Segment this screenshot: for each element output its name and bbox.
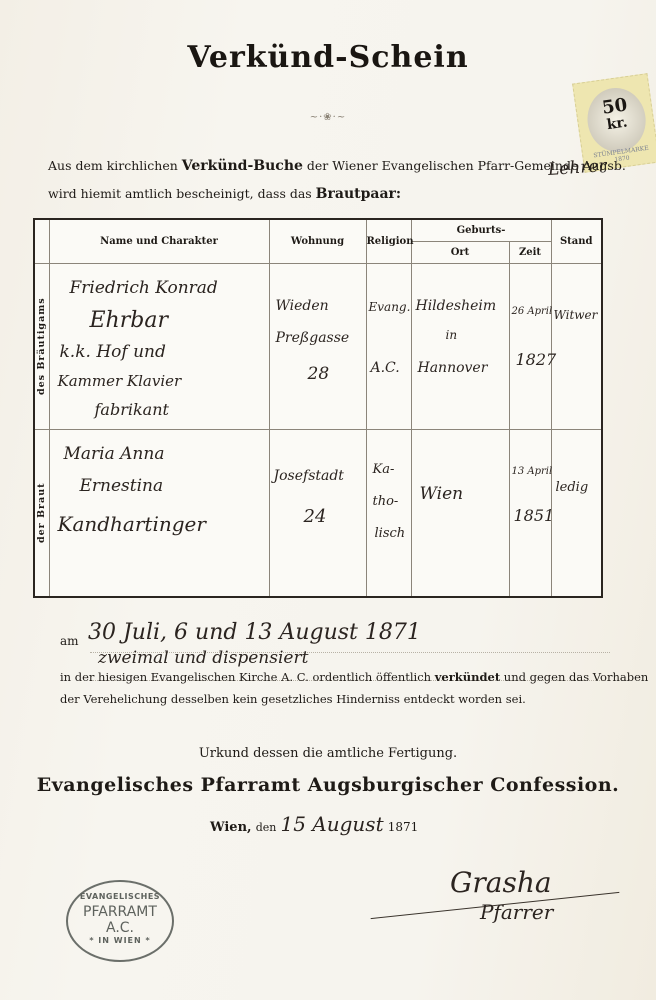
signature-name: Grasha <box>450 866 552 899</box>
bride-wohnung-line: 24 <box>304 506 327 527</box>
groom-zeit-cell: 26 April 1827 <box>509 263 551 429</box>
register-table: Name und Charakter Wohnung Religion Gebu… <box>33 218 603 598</box>
body-line-1: in der hiesigen Evangelischen Kirche A. … <box>60 670 648 684</box>
groom-name-cell: Friedrich Konrad Ehrbar k.k. Hof und Kam… <box>49 263 269 429</box>
dates-prefix: am <box>60 634 79 648</box>
groom-wohnung-line: Preßgasse <box>276 330 350 346</box>
groom-stand-cell: Witwer <box>551 263 602 429</box>
groom-religion-cell: Evang. A.C. <box>366 263 411 429</box>
groom-ort-cell: Hildesheim in Hannover <box>411 263 509 429</box>
side-label-bride: der Braut <box>34 429 49 597</box>
proclamation-note: zweimal und dispensiert <box>98 648 308 668</box>
body-bold: verkündet <box>435 670 500 684</box>
seal-bottom-text: * IN WIEN * <box>68 936 172 945</box>
fertigung-line: Urkund dessen die amtliche Fertigung. <box>0 746 656 761</box>
parish-seal: EVANGELISCHES PFARRAMT A.C. * IN WIEN * <box>66 880 174 962</box>
bride-name-line: Kandhartinger <box>58 512 206 536</box>
place-date-line: Wien, den 15 August 1871 <box>210 812 418 836</box>
table-row-groom: des Bräutigams Friedrich Konrad Ehrbar k… <box>34 263 602 429</box>
pfarramt-heading: Evangelisches Pfarramt Augsburgischer Co… <box>0 774 656 796</box>
handwritten-date: 15 August <box>280 812 383 836</box>
header-geburts: Geburts- <box>411 219 551 241</box>
body-line-2: der Verehelichung desselben kein gesetzl… <box>60 692 526 706</box>
groom-name-line: Ehrbar <box>90 308 168 333</box>
groom-name-line: k.k. Hof und <box>60 342 166 362</box>
groom-name-line: Friedrich Konrad <box>70 278 218 298</box>
header-religion: Religion <box>366 219 411 263</box>
bride-wohnung-cell: Josefstadt 24 <box>269 429 366 597</box>
bride-religion-line: Ka- <box>373 462 395 477</box>
header-stand: Stand <box>551 219 602 263</box>
bride-zeit-line: 1851 <box>514 506 555 525</box>
bride-wohnung-line: Josefstadt <box>274 468 344 484</box>
seal-top-text: EVANGELISCHES <box>68 892 172 901</box>
header-name: Name und Charakter <box>49 219 269 263</box>
body-text: in der hiesigen Evangelischen Kirche A. … <box>60 670 435 684</box>
seal-ac-text: A.C. <box>68 920 172 936</box>
bride-zeit-line: 13 April <box>512 466 553 477</box>
table-row-bride: der Braut Maria Anna Ernestina Kandharti… <box>34 429 602 597</box>
groom-religion-line: Evang. <box>369 300 411 314</box>
intro-text: der Wiener Evangelischen Pfarr-Gemeinde … <box>303 158 626 173</box>
intro-text: wird hiemit amtlich bescheinigt, dass da… <box>48 186 316 201</box>
place: Wien, <box>210 820 252 835</box>
bride-name-line: Ernestina <box>80 476 164 496</box>
proclamation-dates: 30 Juli, 6 und 13 August 1871 <box>88 620 421 645</box>
header-wohnung: Wohnung <box>269 219 366 263</box>
bride-stand: ledig <box>556 480 589 495</box>
seal-middle-text: PFARRAMT <box>68 904 172 920</box>
groom-wohnung-line: Wieden <box>276 298 329 314</box>
bride-religion-cell: Ka- tho- lisch <box>366 429 411 597</box>
side-label-groom: des Bräutigams <box>34 263 49 429</box>
intro-line-1: Aus dem kirchlichen Verkünd-Buche der Wi… <box>48 158 626 174</box>
den-label: den <box>256 821 277 834</box>
intro-bold: Brautpaar: <box>316 186 401 202</box>
bride-stand-cell: ledig <box>551 429 602 597</box>
groom-name-line: Kammer Klavier <box>58 372 182 390</box>
signature-title: Pfarrer <box>480 900 553 924</box>
groom-ort-line: Hildesheim <box>416 298 497 314</box>
bride-name-line: Maria Anna <box>64 444 165 464</box>
groom-wohnung-cell: Wieden Preßgasse 28 <box>269 263 366 429</box>
side-header-blank <box>34 219 49 263</box>
date-year: 1871 <box>388 820 419 834</box>
bride-name-cell: Maria Anna Ernestina Kandhartinger <box>49 429 269 597</box>
groom-ort-line: Hannover <box>418 360 488 376</box>
groom-stand: Witwer <box>554 308 598 322</box>
bride-religion-line: tho- <box>373 494 399 509</box>
document-title: Verkünd-Schein <box>0 40 656 75</box>
intro-text: Aus dem kirchlichen <box>48 158 182 173</box>
groom-zeit-line: 26 April <box>512 306 553 317</box>
bride-zeit-cell: 13 April 1851 <box>509 429 551 597</box>
bride-religion-line: lisch <box>375 526 406 541</box>
intro-line-2: wird hiemit amtlich bescheinigt, dass da… <box>48 186 401 202</box>
groom-zeit-line: 1827 <box>516 350 557 369</box>
groom-ort-line: in <box>446 328 458 342</box>
ornament-divider: ~·❀·~ <box>278 112 378 123</box>
intro-bold: Verkünd-Buche <box>182 158 303 174</box>
header-zeit: Zeit <box>509 241 551 263</box>
bride-ort-line: Wien <box>420 484 464 504</box>
groom-religion-line: A.C. <box>371 360 400 376</box>
groom-wohnung-line: 28 <box>308 364 330 384</box>
bride-ort-cell: Wien <box>411 429 509 597</box>
header-ort: Ort <box>411 241 509 263</box>
groom-name-line: fabrikant <box>95 400 169 419</box>
body-text: und gegen das Vorhaben <box>500 670 648 684</box>
